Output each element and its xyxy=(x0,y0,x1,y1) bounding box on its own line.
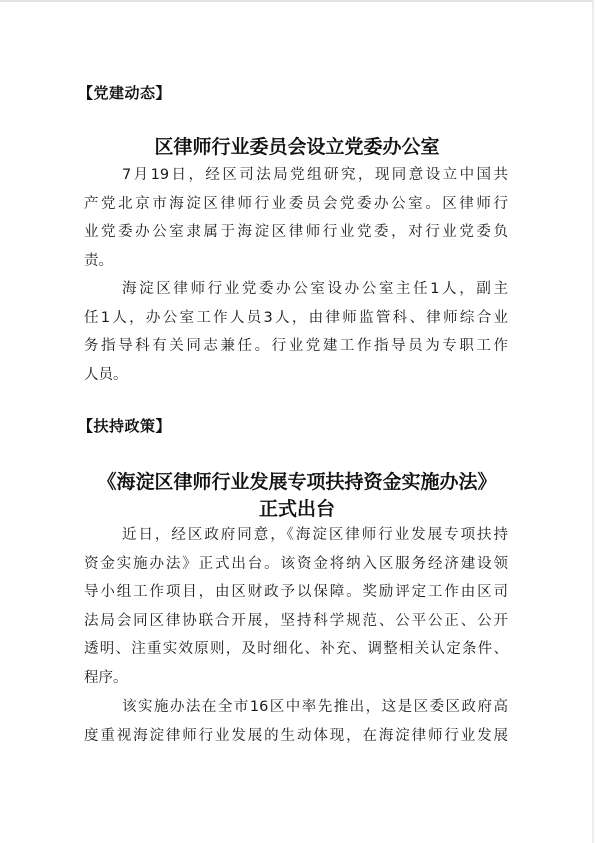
paragraph-line: 程序。 xyxy=(84,664,508,693)
article-title: 《海淀区律师行业发展专项扶持资金实施办法》 xyxy=(0,467,594,494)
paragraph-line: 法局会同区律协联合开展，坚持科学规范、公平公正、公开 xyxy=(84,607,508,636)
paragraph-line: 资金实施办法》正式出台。该资金将纳入区服务经济建设领 xyxy=(84,550,508,579)
paragraph-line: 责。 xyxy=(84,247,508,276)
article-title-line-2: 正式出台 xyxy=(0,494,594,521)
paragraph-line: 7月19日，经区司法局党组研究，现同意设立中国共 xyxy=(84,161,508,190)
article-paragraph: 7月19日，经区司法局党组研究，现同意设立中国共 产党北京市海淀区律师行业委员会… xyxy=(84,161,508,275)
paragraph-line: 度重视海淀律师行业发展的生动体现，在海淀律师行业发展 xyxy=(84,722,508,751)
paragraph-line: 产党北京市海淀区律师行业委员会党委办公室。区律师行 xyxy=(84,190,508,219)
article-title: 区律师行业委员会设立党委办公室 xyxy=(0,132,594,159)
section-tag-party-building: 【党建动态】 xyxy=(78,82,171,103)
paragraph-line: 近日，经区政府同意，《海淀区律师行业发展专项扶持 xyxy=(84,521,508,550)
paragraph-line: 该实施办法在全市16区中率先推出，这是区委区政府高 xyxy=(84,693,508,722)
paragraph-line: 海淀区律师行业党委办公室设办公室主任1人，副主 xyxy=(84,275,508,304)
paragraph-line: 人员。 xyxy=(84,361,508,390)
paragraph-line: 导小组工作项目，由区财政予以保障。奖励评定工作由区司 xyxy=(84,578,508,607)
paragraph-line: 任1人，办公室工作人员3人，由律师监管科、律师综合业 xyxy=(84,304,508,333)
section-tag-support-policy: 【扶持政策】 xyxy=(78,415,171,436)
paragraph-line: 业党委办公室隶属于海淀区律师行业党委，对行业党委负 xyxy=(84,218,508,247)
document-page: 【党建动态】 区律师行业委员会设立党委办公室 7月19日，经区司法局党组研究，现… xyxy=(0,0,594,843)
article-paragraph: 该实施办法在全市16区中率先推出，这是区委区政府高 度重视海淀律师行业发展的生动… xyxy=(84,693,508,750)
paragraph-line: 透明、注重实效原则，及时细化、补充、调整相关认定条件、 xyxy=(84,635,508,664)
article-paragraph: 海淀区律师行业党委办公室设办公室主任1人，副主 任1人，办公室工作人员3人，由律… xyxy=(84,275,508,389)
paragraph-line: 务指导科有关同志兼任。行业党建工作指导员为专职工作 xyxy=(84,332,508,361)
article-paragraph: 近日，经区政府同意，《海淀区律师行业发展专项扶持 资金实施办法》正式出台。该资金… xyxy=(84,521,508,693)
